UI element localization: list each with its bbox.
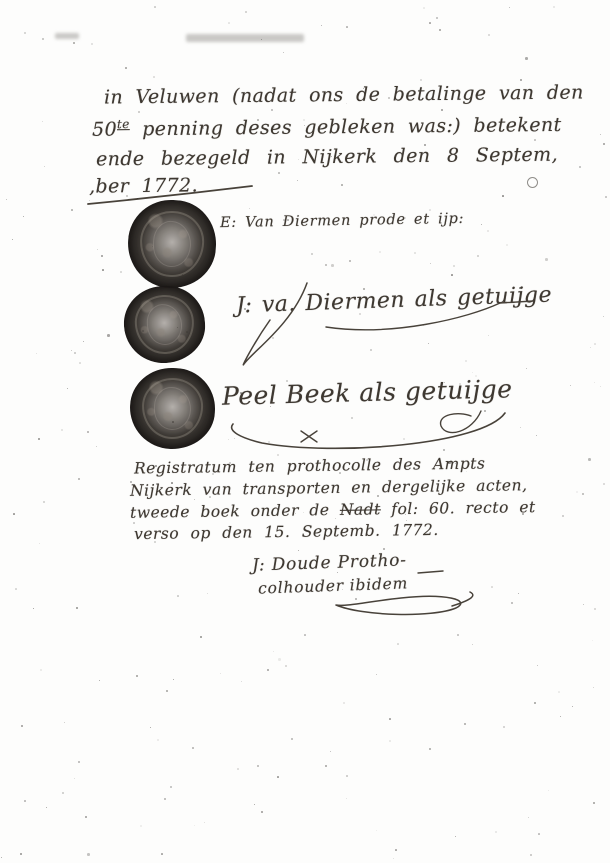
noise-speck <box>441 109 443 111</box>
noise-speck <box>519 287 521 289</box>
noise-speck <box>261 811 263 813</box>
noise-speck <box>24 800 26 802</box>
noise-speck <box>228 22 230 24</box>
noise-speck <box>85 816 87 818</box>
noise-speck <box>553 6 555 8</box>
noise-speck <box>457 634 459 636</box>
signature-peel-beek: Peel Beek als getuijge <box>222 374 513 411</box>
noise-speck <box>79 362 81 364</box>
noise-speck <box>304 634 306 636</box>
noise-speck <box>42 38 44 40</box>
clerk-signature-line-1: J: Doude Protho- <box>252 550 407 575</box>
wax-seal-bottom <box>129 367 217 451</box>
noise-speck <box>429 22 431 24</box>
noise-speck <box>74 352 76 354</box>
noise-speck <box>558 691 560 693</box>
noise-speck <box>594 608 596 610</box>
noise-speck <box>518 593 519 594</box>
noise-speck <box>481 224 482 225</box>
noise-speck <box>359 313 361 315</box>
noise-speck <box>87 431 89 433</box>
noise-speck <box>73 42 75 44</box>
noise-speck <box>592 640 593 641</box>
noise-speck <box>155 465 157 467</box>
noise-speck <box>603 143 605 145</box>
noise-speck <box>207 414 209 416</box>
bleedthrough-smudge-long <box>186 34 304 42</box>
noise-speck <box>428 343 429 344</box>
noise-speck <box>590 347 591 348</box>
noise-speck <box>91 43 93 45</box>
noise-speck <box>150 727 151 728</box>
registration-line-2: Nijkerk van transporten en dergelijke ac… <box>130 476 528 500</box>
noise-speck <box>600 386 601 387</box>
noise-speck <box>472 644 473 645</box>
noise-speck <box>177 595 179 597</box>
signature-j-van-diermen: J: va. Diermen als getuijge <box>236 282 553 318</box>
body-text-line-2-superscript: te <box>117 117 130 131</box>
noise-speck <box>605 196 607 198</box>
noise-speck <box>534 702 536 704</box>
noise-speck <box>562 515 564 517</box>
noise-speck <box>171 482 173 484</box>
noise-speck <box>194 825 195 826</box>
bleedthrough-smudge-small <box>55 33 79 39</box>
noise-speck <box>321 25 322 26</box>
body-text-line-2-rest: penning deses gebleken was:) betekent <box>130 114 562 141</box>
noise-speck <box>287 219 289 221</box>
noise-speck <box>61 429 63 431</box>
noise-speck <box>133 522 135 524</box>
noise-speck <box>207 593 208 594</box>
noise-speck <box>15 588 17 590</box>
noise-speck <box>346 26 348 28</box>
noise-speck <box>23 216 24 217</box>
noise-speck <box>572 706 573 707</box>
noise-speck <box>593 802 595 804</box>
noise-speck <box>270 406 271 407</box>
noise-speck <box>534 139 536 141</box>
noise-speck <box>491 586 493 588</box>
noise-speck <box>376 674 377 675</box>
noise-speck <box>170 786 172 788</box>
noise-speck <box>593 687 594 688</box>
noise-speck <box>430 263 431 264</box>
noise-speck <box>298 550 299 551</box>
noise-speck <box>243 132 244 133</box>
noise-speck <box>67 388 68 389</box>
signature-e-van-diermen: E: Van Diermen prode et ijp: <box>220 211 464 231</box>
noise-speck <box>576 491 578 493</box>
noise-speck <box>136 675 138 677</box>
noise-speck <box>271 109 273 111</box>
noise-speck <box>267 669 269 671</box>
wax-seal-middle <box>121 283 207 365</box>
noise-speck <box>600 134 601 135</box>
noise-speck <box>138 111 140 113</box>
noise-speck <box>99 680 100 681</box>
noise-speck <box>464 723 466 725</box>
noise-speck <box>538 833 540 835</box>
noise-speck <box>234 438 235 439</box>
noise-speck <box>377 495 379 497</box>
noise-speck <box>393 858 394 859</box>
noise-speck <box>177 327 178 328</box>
noise-speck <box>395 849 397 851</box>
noise-speck <box>455 836 456 837</box>
noise-speck <box>423 325 424 326</box>
noise-speck <box>161 853 163 855</box>
noise-speck <box>343 702 345 704</box>
registration-line-3-before: tweede boek onder de <box>130 501 340 522</box>
noise-speck <box>429 748 431 750</box>
noise-speck <box>420 79 422 81</box>
noise-speck <box>278 658 281 661</box>
body-text-line-2: 50te penning deses gebleken was:) beteke… <box>92 113 562 141</box>
noise-speck <box>6 199 7 200</box>
noise-speck <box>488 335 489 336</box>
noise-speck <box>12 239 13 240</box>
noise-speck <box>520 427 521 428</box>
noise-speck <box>560 716 561 717</box>
noise-speck <box>355 598 357 600</box>
noise-speck <box>594 343 596 345</box>
noise-speck <box>429 209 431 211</box>
body-text-line-2-number: 50 <box>92 119 117 141</box>
noise-speck <box>283 219 285 221</box>
noise-speck <box>403 438 405 440</box>
noise-speck <box>21 725 23 727</box>
noise-speck <box>339 472 341 474</box>
noise-speck <box>487 230 489 232</box>
body-text-line-1: in Veluwen (nadat ons de betalinge van d… <box>104 81 584 108</box>
noise-speck <box>173 679 174 680</box>
noise-speck <box>488 34 490 36</box>
noise-speck <box>125 67 127 69</box>
body-text-line-4: ,ber 1772. <box>89 174 198 197</box>
noise-speck <box>297 180 298 181</box>
noise-speck <box>257 765 259 767</box>
noise-speck <box>439 29 441 31</box>
noise-speck <box>594 382 595 383</box>
noise-speck <box>154 6 156 8</box>
noise-speck <box>543 121 545 123</box>
noise-speck <box>204 270 205 271</box>
noise-speck <box>261 39 262 40</box>
noise-speck <box>603 316 604 317</box>
noise-speck <box>370 349 372 351</box>
registration-line-1: Registratum ten prothocolle des Ampts <box>134 455 486 478</box>
noise-speck <box>39 543 40 544</box>
noise-speck <box>96 446 97 447</box>
noise-speck <box>477 255 479 257</box>
body-text-line-3: ende bezegeld in Nijkerk den 8 Septem, <box>96 144 558 171</box>
noise-speck <box>228 439 229 440</box>
noise-speck <box>525 57 528 60</box>
ink-ring-mark <box>527 177 538 188</box>
noise-speck <box>582 493 584 495</box>
noise-speck <box>466 471 467 472</box>
noise-speck <box>278 172 280 174</box>
noise-speck <box>273 651 274 652</box>
noise-speck <box>140 825 142 827</box>
noise-speck <box>389 740 391 742</box>
registration-line-3-struck-word: Nadt <box>340 500 381 519</box>
noise-speck <box>342 535 344 537</box>
noise-speck <box>397 643 399 645</box>
noise-speck <box>107 334 110 337</box>
registration-line-3-after: fol: 60. recto et <box>381 498 536 518</box>
noise-speck <box>423 7 425 9</box>
noise-speck <box>406 520 407 521</box>
noise-speck <box>166 690 168 692</box>
noise-speck <box>237 768 239 770</box>
noise-speck <box>154 541 156 543</box>
noise-speck <box>520 79 522 81</box>
noise-speck <box>509 7 510 8</box>
noise-speck <box>472 372 473 373</box>
noise-speck <box>83 341 84 342</box>
noise-speck <box>277 454 279 456</box>
noise-speck <box>366 459 368 461</box>
noise-speck <box>62 792 64 794</box>
noise-speck <box>331 264 334 267</box>
noise-speck <box>33 608 34 609</box>
noise-speck <box>484 410 486 412</box>
noise-speck <box>46 807 47 808</box>
noise-speck <box>346 798 347 799</box>
noise-speck <box>202 127 204 129</box>
noise-speck <box>548 790 549 791</box>
noise-speck <box>272 337 274 339</box>
noise-speck <box>36 353 37 354</box>
noise-speck <box>97 249 98 250</box>
noise-speck <box>101 255 103 257</box>
noise-speck <box>506 244 508 246</box>
noise-speck <box>13 513 15 515</box>
noise-speck <box>311 253 313 255</box>
noise-speck <box>76 607 78 609</box>
clerk-signature-line-2: colhouder ibidem <box>258 574 409 597</box>
noise-speck <box>277 776 279 778</box>
noise-speck <box>414 252 416 254</box>
noise-speck <box>451 274 453 276</box>
noise-speck <box>153 76 155 78</box>
noise-speck <box>87 853 90 856</box>
noise-speck <box>126 195 128 197</box>
noise-speck <box>1 857 2 858</box>
noise-speck <box>325 765 327 767</box>
noise-speck <box>64 722 65 723</box>
noise-speck <box>530 854 532 856</box>
noise-speck <box>42 121 43 122</box>
noise-speck <box>330 751 331 752</box>
noise-speck <box>200 636 202 638</box>
noise-speck <box>182 96 185 99</box>
noise-speck <box>346 775 348 777</box>
noise-speck <box>245 11 247 13</box>
noise-speck <box>436 17 438 19</box>
noise-speck <box>157 739 159 741</box>
noise-speck <box>74 778 75 779</box>
noise-speck <box>503 726 505 728</box>
noise-speck <box>448 461 451 464</box>
noise-speck <box>583 604 584 605</box>
noise-speck <box>194 499 195 500</box>
noise-speck <box>349 260 351 262</box>
noise-speck <box>495 831 497 833</box>
noise-speck <box>453 265 455 267</box>
noise-speck <box>337 572 338 573</box>
noise-speck <box>502 195 504 197</box>
noise-speck <box>40 669 42 671</box>
noise-speck <box>283 52 284 53</box>
noise-speck <box>71 209 73 211</box>
noise-speck <box>20 853 22 855</box>
noise-speck <box>570 385 571 386</box>
noise-speck <box>268 441 270 443</box>
noise-speck <box>186 331 188 333</box>
noise-speck <box>137 198 138 199</box>
noise-speck <box>241 681 242 682</box>
noise-speck <box>220 673 221 674</box>
noise-speck <box>38 438 40 440</box>
noise-speck <box>342 589 343 590</box>
noise-speck <box>511 602 513 604</box>
noise-speck <box>379 251 381 253</box>
noise-speck <box>44 166 45 167</box>
noise-speck <box>545 258 548 261</box>
registration-line-4: verso op den 15. Septemb. 1772. <box>134 521 439 543</box>
noise-speck <box>537 665 538 666</box>
noise-speck <box>120 271 122 273</box>
noise-speck <box>78 761 80 763</box>
noise-speck <box>43 501 45 503</box>
noise-speck <box>334 155 336 157</box>
noise-speck <box>388 97 390 99</box>
noise-speck <box>24 32 26 34</box>
noise-speck <box>254 804 255 805</box>
noise-speck <box>363 88 364 89</box>
noise-speck <box>331 156 332 157</box>
noise-speck <box>285 665 287 667</box>
noise-speck <box>389 718 391 720</box>
noise-speck <box>71 350 72 351</box>
noise-speck <box>89 200 90 201</box>
noise-speck <box>204 822 205 823</box>
noise-speck <box>192 747 194 749</box>
noise-speck <box>209 496 211 498</box>
noise-speck <box>240 392 242 394</box>
document-page: in Veluwen (nadat ons de betalinge van d… <box>0 0 610 863</box>
noise-speck <box>465 360 467 362</box>
registration-line-3: tweede boek onder de Nadt fol: 60. recto… <box>130 498 536 522</box>
noise-speck <box>603 483 605 485</box>
noise-speck <box>351 417 353 419</box>
noise-speck <box>528 817 529 818</box>
noise-speck <box>588 458 591 461</box>
noise-speck <box>325 264 327 266</box>
noise-speck <box>291 738 293 740</box>
noise-speck <box>376 830 377 831</box>
noise-speck <box>536 435 537 436</box>
noise-speck <box>164 798 166 800</box>
noise-speck <box>579 166 581 168</box>
noise-speck <box>526 368 527 369</box>
wax-seal-top <box>126 198 218 290</box>
noise-speck <box>443 449 445 451</box>
noise-speck <box>249 208 250 209</box>
noise-speck <box>341 184 343 186</box>
noise-speck <box>78 478 80 480</box>
noise-speck <box>102 269 104 271</box>
